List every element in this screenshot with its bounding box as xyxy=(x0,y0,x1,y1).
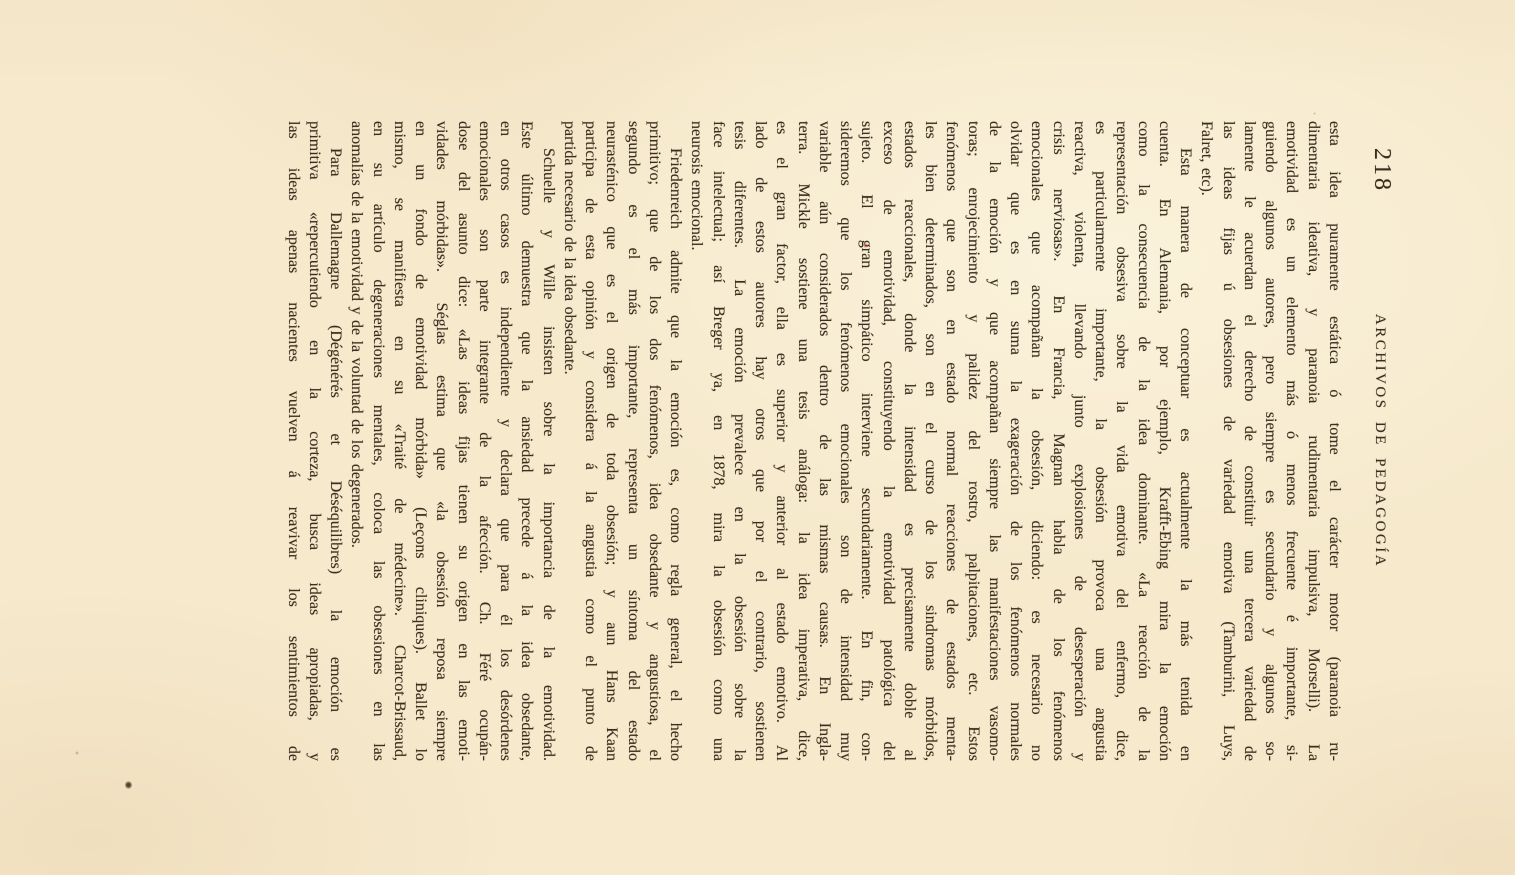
text-line: sideremos que los fenómenos emocionales … xyxy=(835,121,856,761)
text-line: crisis nerviosas». En Francia, Magnan ha… xyxy=(1048,121,1069,761)
text-line: fenómenos que son en estado normal reacc… xyxy=(941,121,962,761)
text-line: vidades mórbidas». Séglas estima que «la… xyxy=(431,121,452,761)
text-line: face intelectual; así Breger ya, en 1878… xyxy=(708,121,729,761)
rotated-page: 218 ARCHIVOS DE PEDAGOGÍA esta idea pura… xyxy=(0,0,1515,875)
text-line: lamente le acuerdan el derecho de consti… xyxy=(1239,121,1260,761)
text-line: partida necesario de la idea obsedante. xyxy=(559,121,580,761)
text-line: lado de estos autores hay otros que por … xyxy=(750,121,771,761)
text-line: tesis diferentes. La emoción prevalece e… xyxy=(729,121,750,761)
page-text: esta idea puramente estática ó tome el c… xyxy=(283,121,1346,761)
text-line: Este último demuestra que la ansiedad pr… xyxy=(516,121,537,761)
text-line: cuenta. En Alemania, por ejemplo, Krafft… xyxy=(1154,121,1175,761)
ink-speck xyxy=(863,243,868,248)
paper-speck xyxy=(125,781,132,789)
text-line: Esta manera de conceptuar es actualmente… xyxy=(1175,121,1196,761)
text-line: estados reaccionales, donde la intensida… xyxy=(899,121,920,761)
text-line: dimentaria ideativa, y paranoia rudiment… xyxy=(1303,121,1324,761)
text-line: esta idea puramente estática ó tome el c… xyxy=(1324,121,1345,761)
text-line: emotividad es un elemento más ó menos fr… xyxy=(1281,121,1302,761)
text-line: en un fondo de emotividad mórbida» (Leço… xyxy=(410,121,431,761)
text-line: de la emoción y que acompañan siempre la… xyxy=(984,121,1005,761)
text-line: toras; enrojecimiento y palidez del rost… xyxy=(963,121,984,761)
paper-speck xyxy=(1313,112,1316,115)
text-line: segundo es el más importante, representa… xyxy=(623,121,644,761)
text-line: exceso de emotividad, constituyendo la e… xyxy=(878,121,899,761)
text-line: neurosis emocional. xyxy=(686,121,707,761)
text-line: mismo, se manifiesta en su «Traité de mé… xyxy=(389,121,410,761)
text-line: Falret, etc). xyxy=(1196,121,1217,761)
text-line: primitivo; que de los dos fenómenos, ide… xyxy=(644,121,665,761)
text-line: primitiva «repercutiendo en la corteza, … xyxy=(304,121,325,761)
text-line: es el gran factor, ella es superior y an… xyxy=(771,121,792,761)
text-line: olvidar que es en suma la exageración de… xyxy=(1005,121,1026,761)
text-line: terra. Mickle sostiene una tesis análoga… xyxy=(793,121,814,761)
book-page-scan: 218 ARCHIVOS DE PEDAGOGÍA esta idea pura… xyxy=(0,0,1515,875)
text-line: Para Dallemagne (Dégénérés et Déséquilib… xyxy=(325,121,346,761)
text-line: sujeto. El gran simpático interviene sec… xyxy=(856,121,877,761)
text-line: variable aún considerados dentro de las … xyxy=(814,121,835,761)
text-line: las ideas apenas nacientes vuelven á rea… xyxy=(283,121,304,761)
text-line: neurasténico que es el origen de toda ob… xyxy=(601,121,622,761)
text-line: dose del asunto dice: «Las ideas fijas t… xyxy=(453,121,474,761)
text-line: anomalías de la emotividad y de la volun… xyxy=(346,121,367,761)
text-line: emocionales que acompañan la obsesión, d… xyxy=(1026,121,1047,761)
text-line: las ideas fijas ú obsesiones de variedad… xyxy=(1218,121,1239,761)
text-line: emocionales son parte integrante de la a… xyxy=(474,121,495,761)
journal-title: ARCHIVOS DE PEDAGOGÍA xyxy=(1372,121,1387,761)
text-line: como la consecuencia de la idea dominant… xyxy=(1133,121,1154,761)
text-line: les bien determinados, son en el curso d… xyxy=(920,121,941,761)
text-line: en otros casos es independiente y declar… xyxy=(495,121,516,761)
text-line: guiendo algunos autores, pero siempre es… xyxy=(1260,121,1281,761)
text-line: representación obsesiva sobre la vida em… xyxy=(1111,121,1132,761)
text-line: en su artículo degeneraciones mentales, … xyxy=(368,121,389,761)
text-line: reactiva, violenta, llevando junto explo… xyxy=(1069,121,1090,761)
text-line: Schuelle y Wille insisten sobre la impor… xyxy=(538,121,559,761)
paper-speck xyxy=(75,751,79,755)
text-line: Friedenreich admite que la emoción es, c… xyxy=(665,121,686,761)
page-header: 218 ARCHIVOS DE PEDAGOGÍA xyxy=(1364,121,1394,761)
text-line: es particularmente importante, la obsesi… xyxy=(1090,121,1111,761)
text-line: participa de esta opinión y considera á … xyxy=(580,121,601,761)
